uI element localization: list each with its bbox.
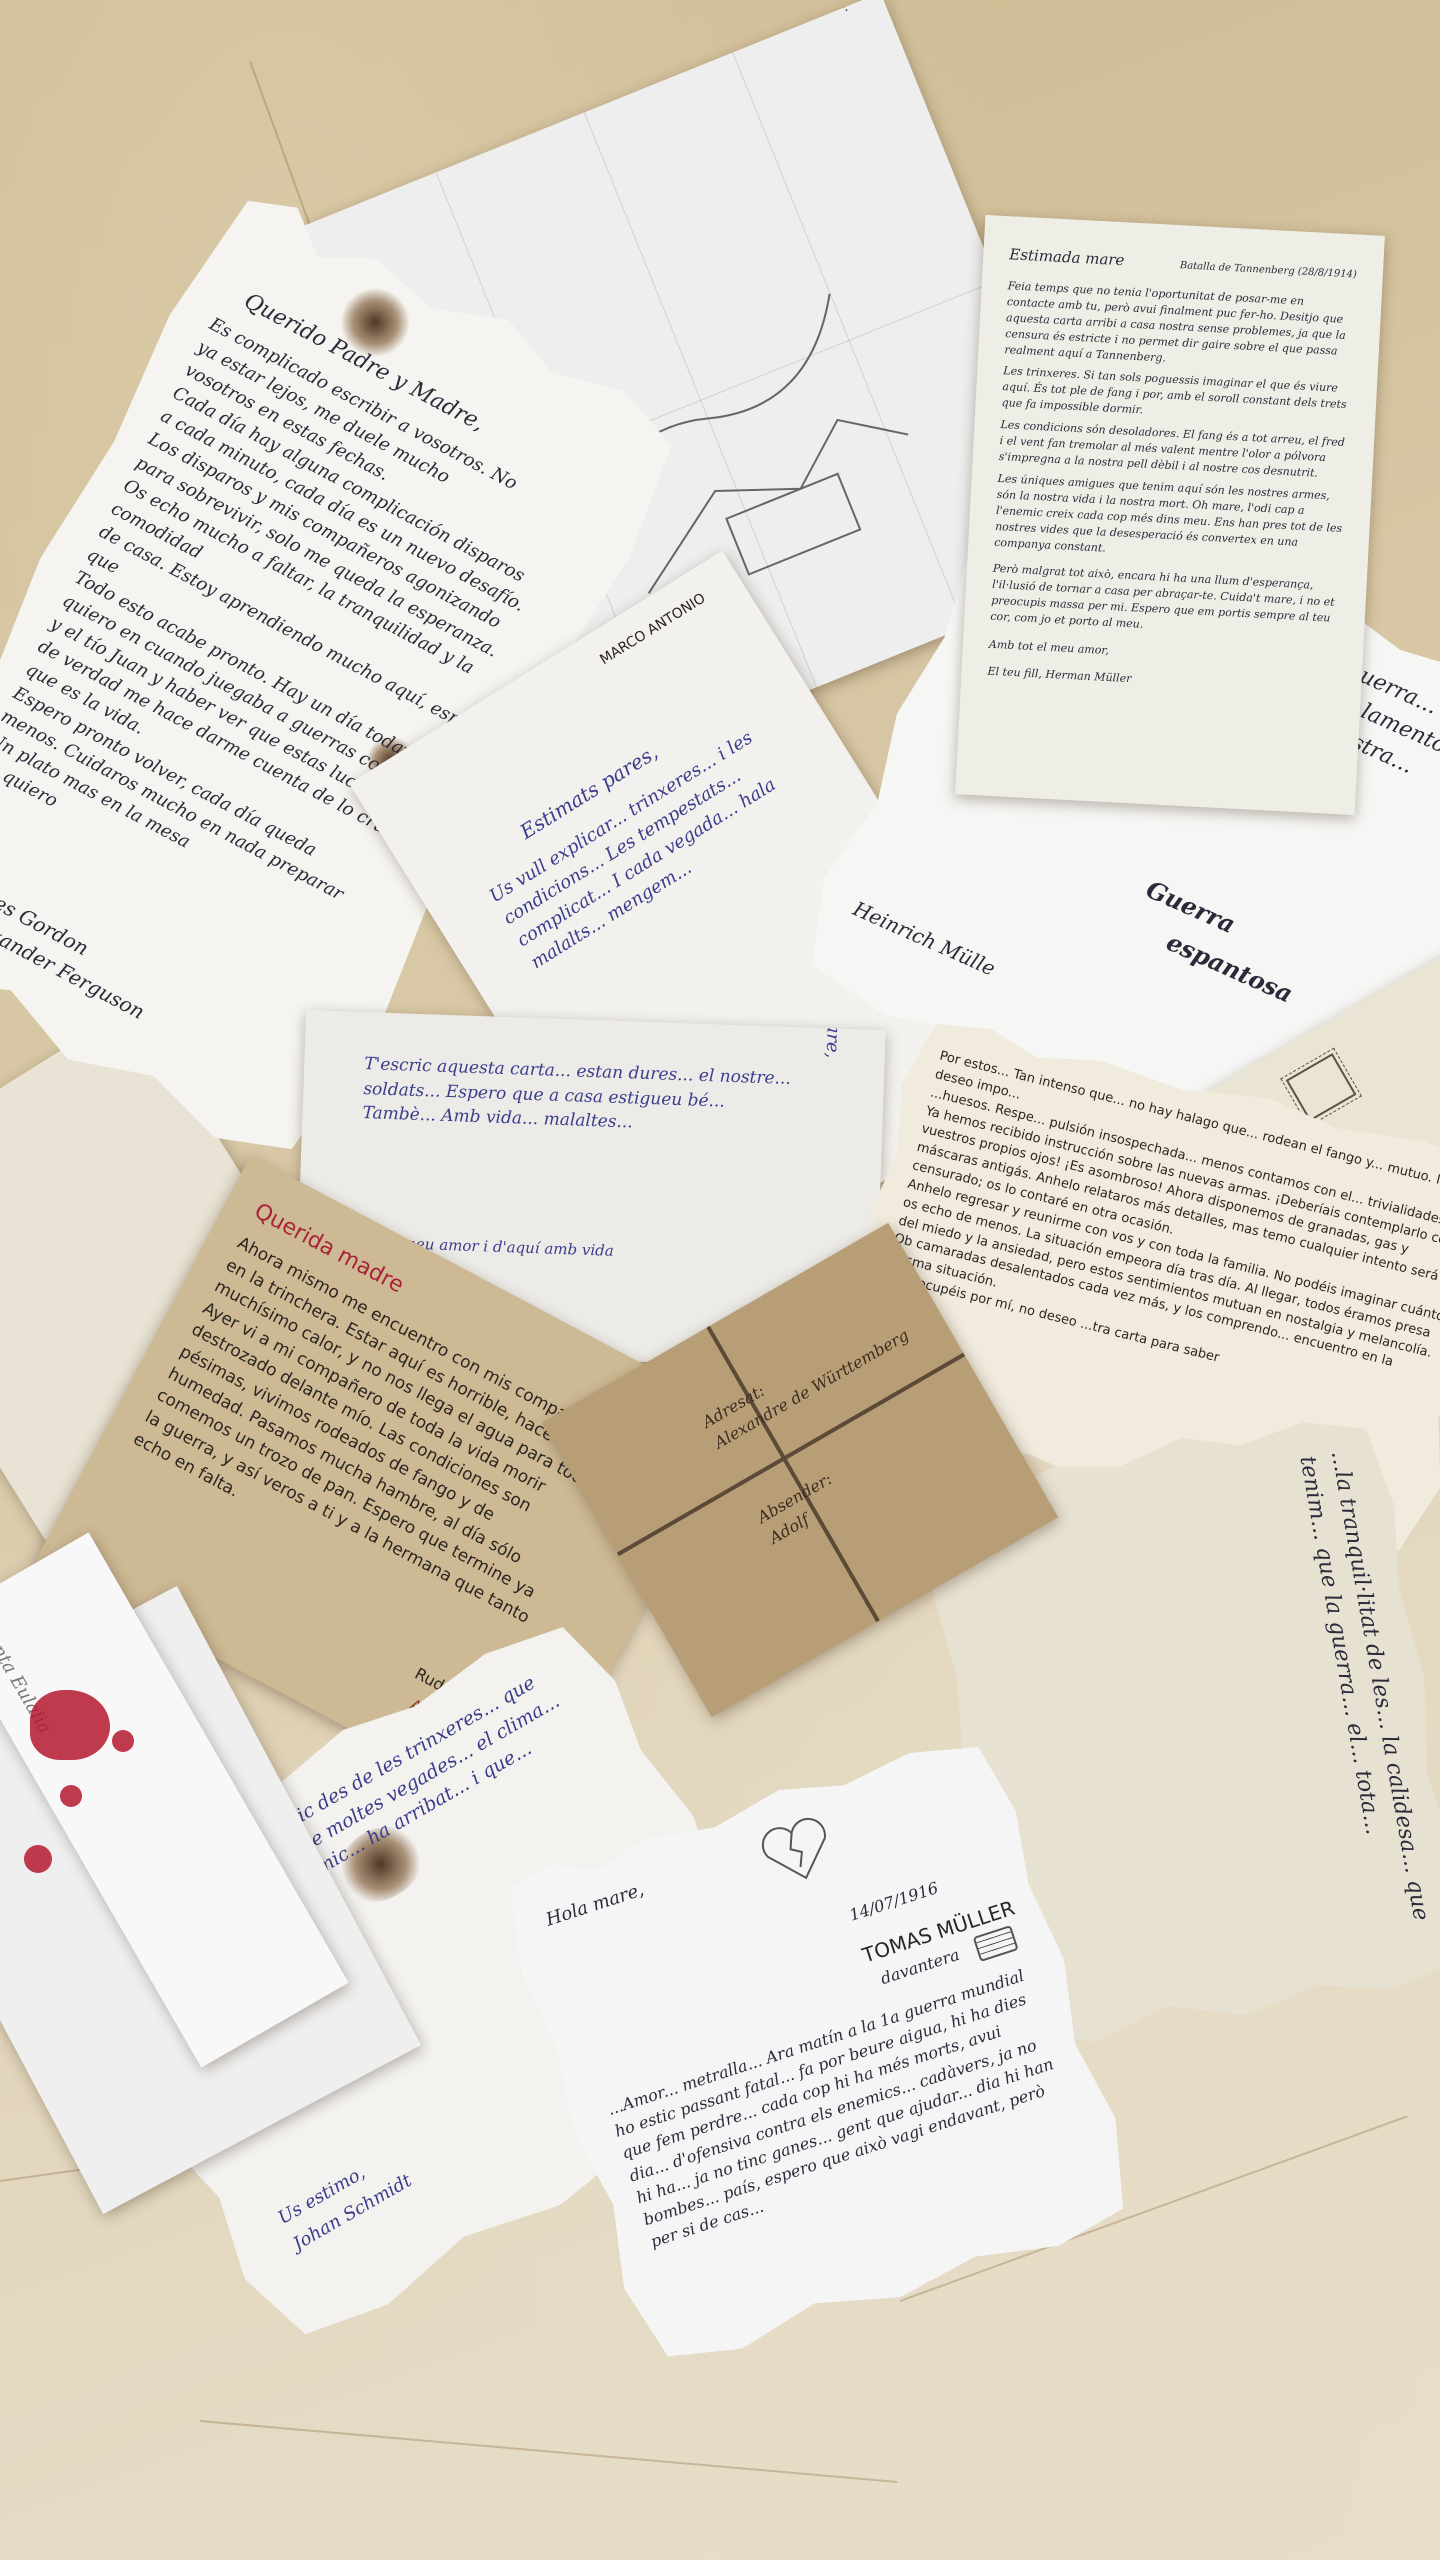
letter-salutation: Estimada mare	[1009, 244, 1125, 272]
letter-header: Batalla de Tannenberg (28/8/1914)	[1179, 259, 1357, 283]
letter-signature: El teu fill, Herman Müller	[987, 664, 1335, 698]
blood-drop-icon	[112, 1730, 134, 1752]
letter-body: ...Amor... metralla... Ara matín a la 1a…	[605, 1963, 1074, 2253]
letter-salutation: Hola mare,	[543, 1877, 648, 1933]
marble-vein	[200, 2420, 898, 2483]
emphasis-word: espantosa	[1161, 925, 1298, 1012]
blood-drop-icon	[60, 1785, 82, 1807]
letter-signature: Heinrich Mülle	[848, 895, 1000, 984]
letter-paragraph: Les úniques amigues que tenim aquí són l…	[994, 471, 1346, 569]
blood-drop-icon	[24, 1845, 52, 1873]
letter-paragraph: Però malgrat tot això, encara hi ha una …	[990, 561, 1341, 643]
blood-stain-icon	[30, 1690, 110, 1760]
letter-tannenberg: Estimada mare Batalla de Tannenberg (28/…	[955, 215, 1385, 815]
letter-paragraph: Feia temps que no tenia l'oportunitat de…	[1004, 278, 1356, 376]
letter-date: 14/07/1916	[846, 1876, 941, 1927]
letter-body: T'escric aquesta carta... estan dures...…	[362, 1052, 804, 1141]
letter-closing: Amb tot el meu amor,	[989, 636, 1337, 670]
broken-heart-icon	[749, 1807, 847, 1898]
